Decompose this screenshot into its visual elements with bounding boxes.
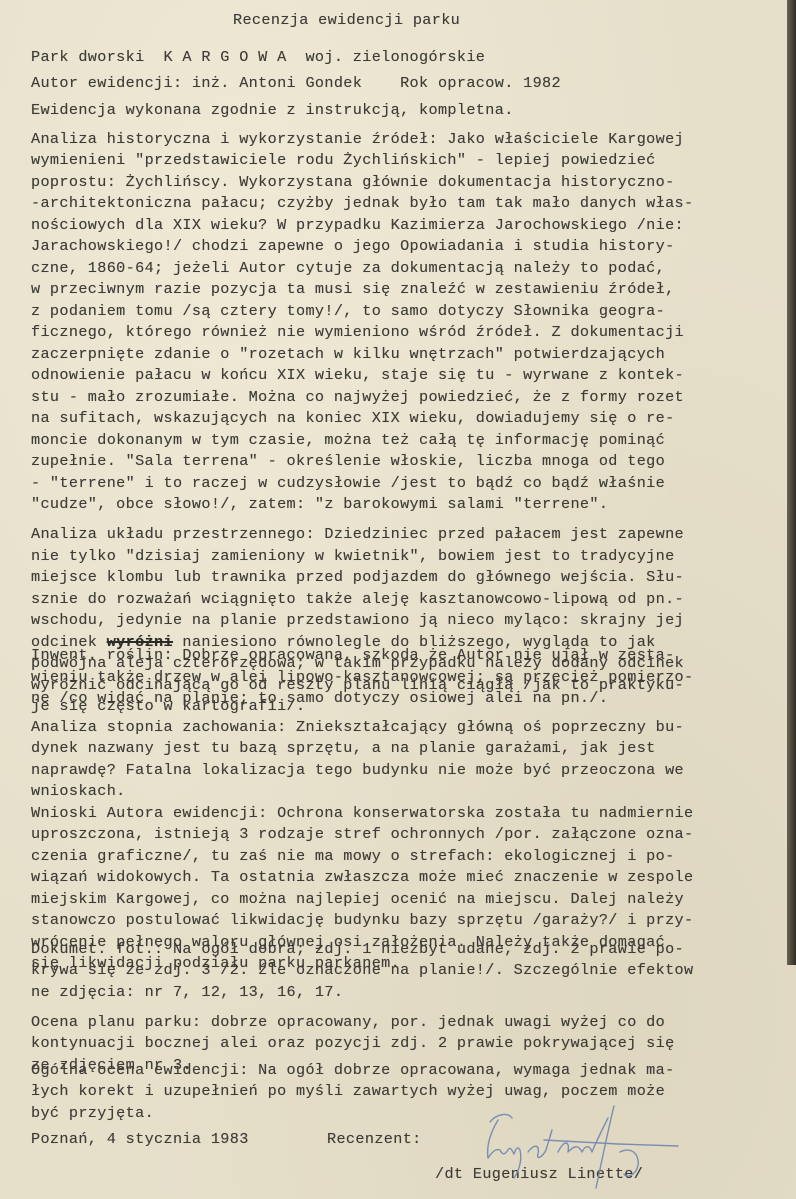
text-line: Jarachowskiego!/ chodzi zapewne o jego O… [31, 236, 675, 258]
text-line: miejsce klombu lub trawnika przed podjaz… [31, 567, 684, 589]
park-line: Park dworski K A R G O W A woj. zielonog… [31, 47, 485, 69]
text-line: wnioskach. [31, 781, 126, 803]
text-line: dynek nazwany jest tu bazą sprzętu, a na… [31, 738, 656, 760]
text-line: odnowienie pałacu w końcu XIX wieku, sta… [31, 365, 684, 387]
text-line: kontynuacji bocznej alei oraz pozycji zd… [31, 1033, 675, 1055]
text-line: Analiza historyczna i wykorzystanie źród… [31, 129, 684, 151]
text-line: Analiza układu przestrzennego: Dziedzini… [31, 524, 684, 546]
text-line: nościowych dla XIX wieku? W przypadku Ka… [31, 215, 684, 237]
text-line: Dokumet. fot.: Na ogół dobra; zdj. 1 nie… [31, 939, 684, 961]
text-line: nie tylko "dzisiaj zamieniony w kwietnik… [31, 546, 675, 568]
text-line: miejskim Kargowej, co można najlepiej oc… [31, 889, 684, 911]
text-line: poprostu: Żychlińscy. Wykorzystana główn… [31, 172, 675, 194]
scan-edge-shadow [787, 0, 796, 965]
text-line: naprawdę? Fatalna lokalizacja tego budyn… [31, 760, 684, 782]
text-line: Analiza stopnia zachowania: Zniekształca… [31, 717, 684, 739]
text-line: krywa się ze zdj. 3 /2. źle oznaczone na… [31, 960, 693, 982]
text-line: być przyjęta. [31, 1103, 154, 1125]
text-line: Ocena planu parku: dobrze opracowany, po… [31, 1012, 665, 1034]
text-line: sznie do rozważań wciągnięto także aleję… [31, 589, 684, 611]
text-line: Inwent. roślin: Dobrze opracowana, szkod… [31, 645, 675, 667]
document-title: Recenzja ewidencji parku [233, 10, 460, 32]
handwritten-signature-icon [478, 1100, 688, 1190]
text-line: wiązań widokowych. Ta ostatnia zwłaszcza… [31, 867, 693, 889]
text-line: ne /co widać na planie; to samo dotyczy … [31, 688, 608, 710]
text-line: w przeciwnym razie pozycja ta musi się z… [31, 279, 675, 301]
text-line: stanowczo postulować likwidację budynku … [31, 910, 693, 932]
text-line: -architektoniczna pałacu; czyżby jednak … [31, 193, 693, 215]
text-line: wschodu, jedynie na planie przedstawiono… [31, 610, 684, 632]
compliance-line: Ewidencja wykonana zgodnie z instrukcją,… [31, 100, 514, 122]
text-line: zaczerpnięte zdanie o "rozetach w kilku … [31, 344, 665, 366]
text-line: z podaniem tomu /są cztery tomy!/, to sa… [31, 301, 665, 323]
place-and-date: Poznań, 4 stycznia 1983 [31, 1129, 249, 1151]
text-line: "cudze", obce słowo!/, zatem: "z barokow… [31, 494, 608, 516]
text-line: wymienieni "przedstawiciele rodu Żychliń… [31, 150, 656, 172]
text-line: wieniu także drzew w alei lipowo-kasztan… [31, 667, 693, 689]
text-line: moncie dokonanym w tym czasie, można też… [31, 430, 665, 452]
text-line: na sufitach, wskazujących na koniec XIX … [31, 408, 675, 430]
text-line: czenia graficzne/, tu zaś nie ma mowy o … [31, 846, 675, 868]
text-line: zupełnie. "Sala terrena" - określenie wł… [31, 451, 665, 473]
text-line: - "terrene" i to raczej w cudzysłowie /j… [31, 473, 665, 495]
text-line: czne, 1860-64; jeżeli Autor cytuje za do… [31, 258, 665, 280]
text-line: uproszczona, istnieją 3 rodzaje stref oc… [31, 824, 693, 846]
text-line: Wnioski Autora ewidencji: Ochrona konser… [31, 803, 693, 825]
author-line: Autor ewidencji: inż. Antoni Gondek Rok … [31, 73, 561, 95]
text-line: stu - mało zrozumiałe. Można co najwyżej… [31, 387, 684, 409]
text-line: ficznego, którego również nie wymieniono… [31, 322, 684, 344]
text-line: ne zdjęcia: nr 7, 12, 13, 16, 17. [31, 982, 343, 1004]
reviewer-label: Recenzent: [327, 1129, 422, 1151]
text-line: Ogólna ocena ewidencji: Na ogół dobrze o… [31, 1060, 675, 1082]
